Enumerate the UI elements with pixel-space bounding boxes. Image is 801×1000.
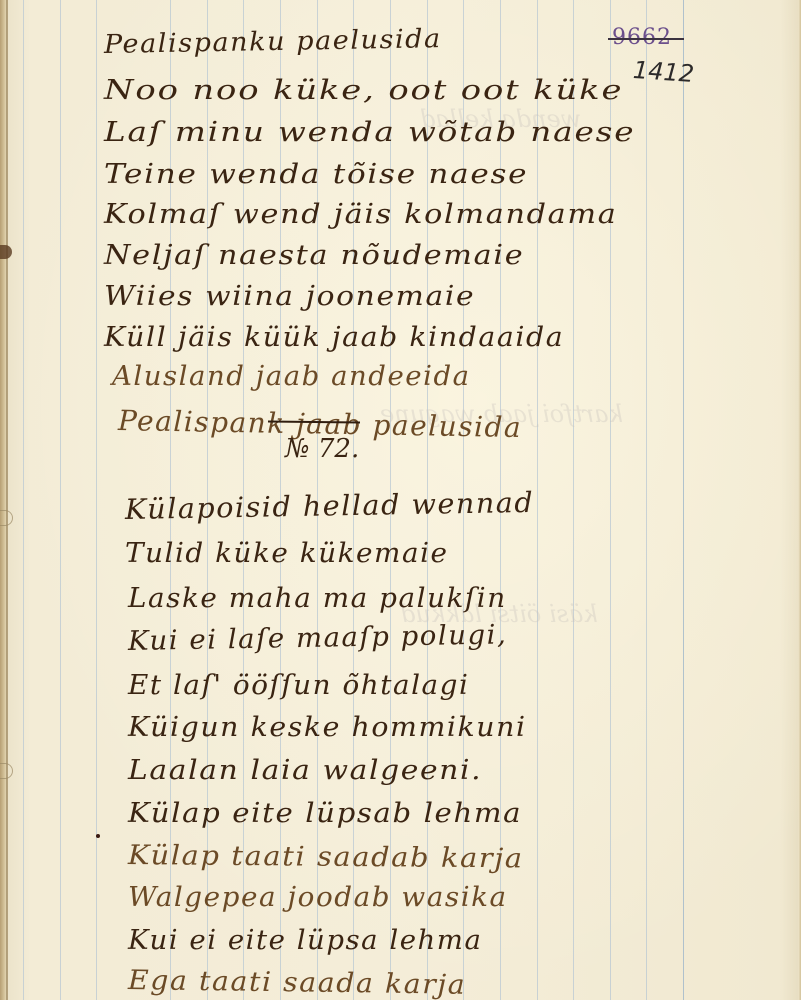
margin-rule-line (683, 0, 684, 1000)
rule-line (96, 0, 97, 1000)
verse-line: Teine wenda tõise naese (104, 159, 528, 190)
binding-hole (0, 763, 13, 779)
verse-line: Laalan laia walgeeni. (128, 755, 482, 786)
verse-line: Walgepea joodab wasika (128, 882, 508, 913)
verse-line: Küigun keske hommikuni (128, 712, 527, 743)
manuscript-page: wenda kellad kartfoi jaab wagune käsi öi… (0, 0, 801, 1000)
ink-spot (96, 834, 100, 838)
verse-line: Alusland jaab andeeida (112, 361, 471, 392)
binding-hole (0, 510, 13, 526)
song-number: № 72. (285, 434, 359, 464)
verse-line: Külapoisid hellad wennad (125, 486, 535, 526)
rule-line (537, 0, 538, 1000)
verse-line: Kui ei eite lüpsa lehma (128, 925, 482, 956)
verse-line: Neljaſ naesta nõudemaie (104, 240, 524, 271)
page-number: 1412 (632, 56, 695, 88)
archive-number-crossed-out: 9662 (612, 25, 672, 50)
verse-line: Ega taati saada karja (128, 965, 467, 1000)
rule-line (23, 0, 24, 1000)
rule-line (573, 0, 574, 1000)
verse-line: Et laſ' ööſſun õhtalagi (128, 670, 469, 701)
song-title: Pealispanku paelusida (104, 24, 442, 60)
binding-hole (0, 245, 12, 259)
verse-line: Noo noo küke, oot oot küke (104, 75, 623, 106)
verse-line: Küll jäis küük jaab kindaaida (104, 322, 564, 353)
verse-line: Külap eite lüpsab lehma (128, 798, 522, 829)
verse-line: Kui ei laſe maaſp polugi, (128, 619, 508, 657)
rule-line (60, 0, 61, 1000)
rule-line (646, 0, 647, 1000)
rule-line (610, 0, 611, 1000)
verse-line: Laske maha ma palukſin (128, 583, 507, 614)
spine-edge (6, 0, 8, 1000)
verse-line: Wiies wiina joonemaie (104, 281, 475, 312)
verse-line: Kolmaſ wend jäis kolmandama (104, 199, 617, 230)
verse-line: Laſ minu wenda wõtab naese (104, 117, 635, 148)
verse-line: Külap taati saadab karja (128, 840, 524, 874)
verse-line: Tulid küke kükemaie (125, 538, 449, 569)
